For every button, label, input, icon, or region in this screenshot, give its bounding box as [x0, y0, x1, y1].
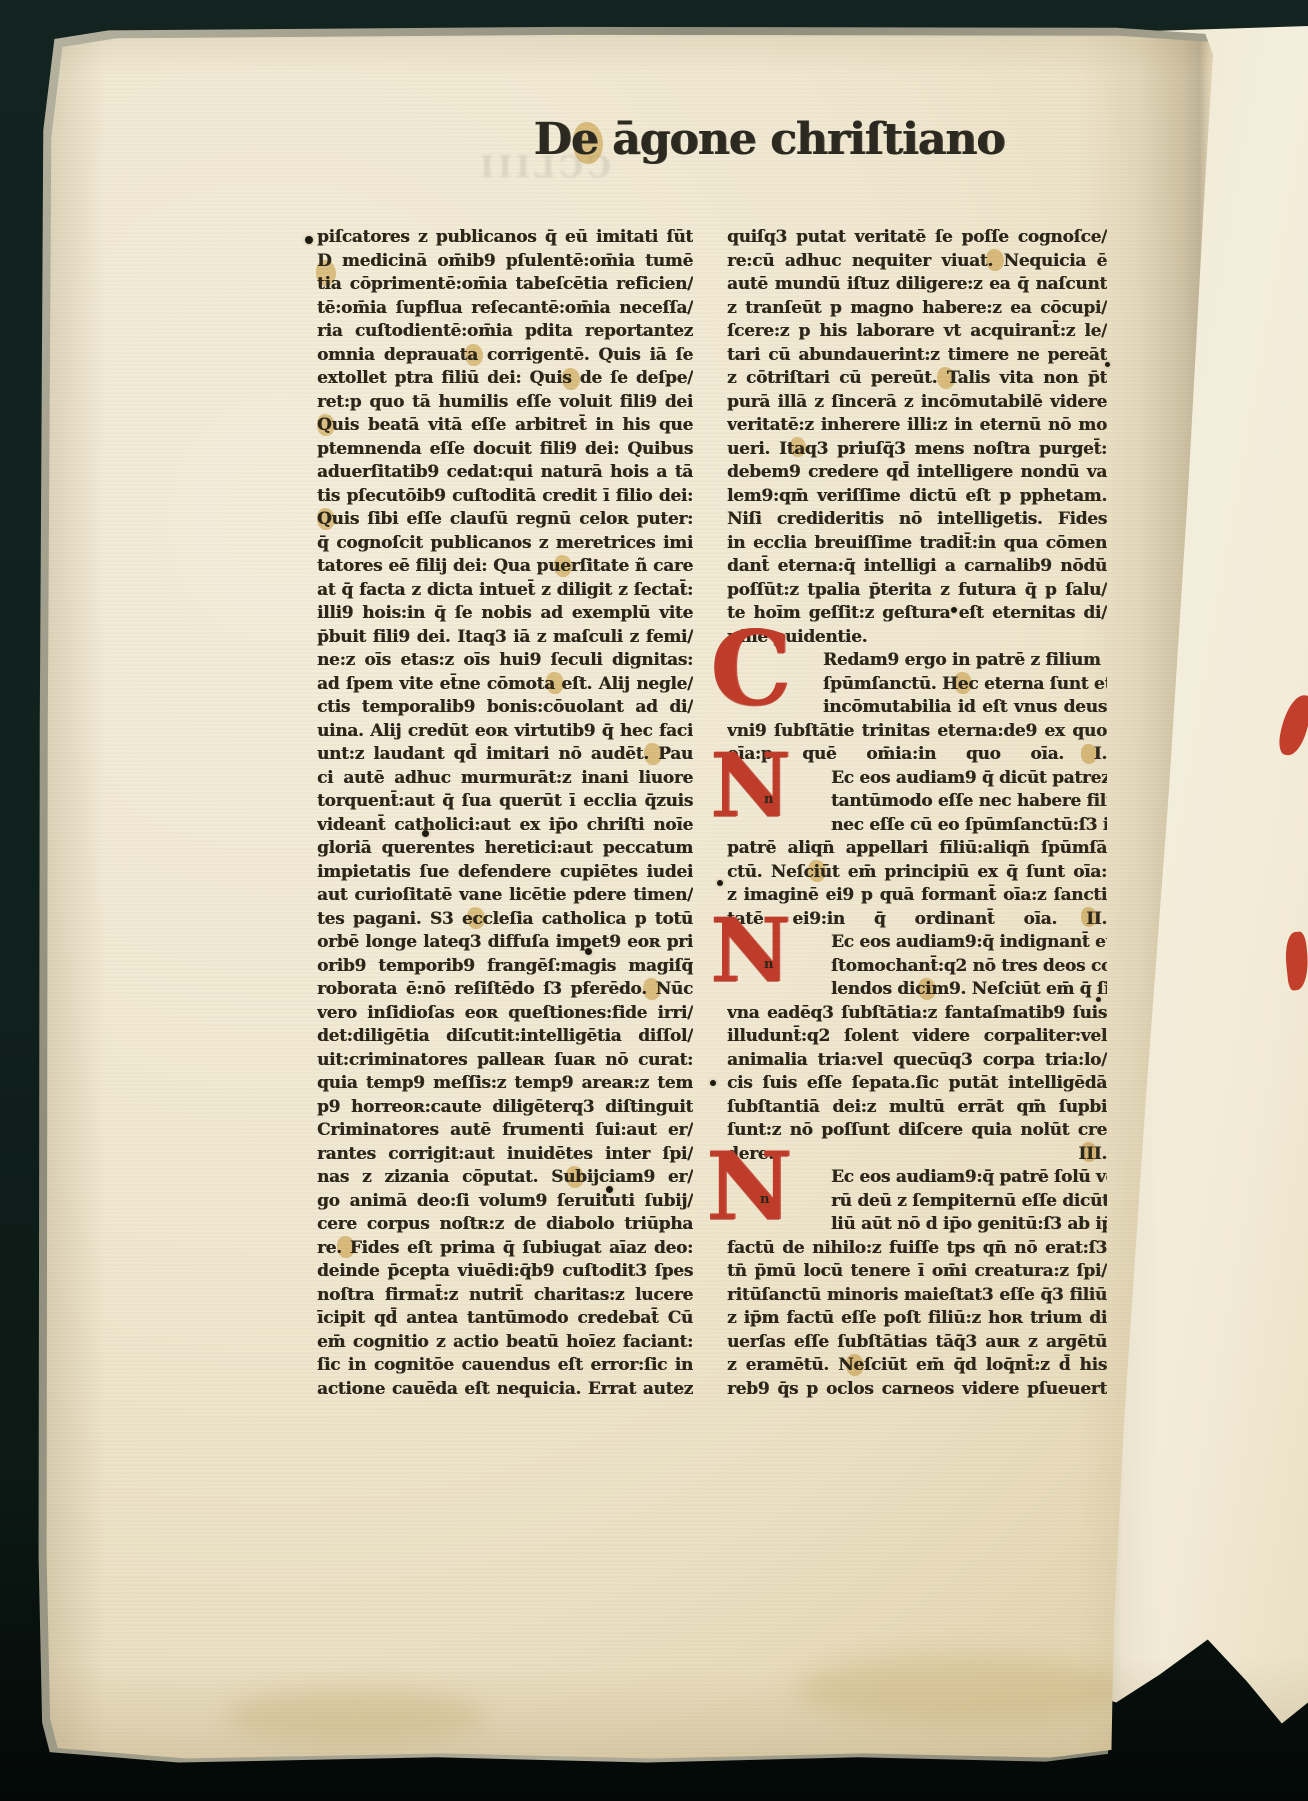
wormhole: [1105, 362, 1110, 367]
text-line: quiſq3 putat veritatē ſe poſſe cognoſce/: [727, 226, 1107, 250]
page-title: De āgone chriſtiano: [534, 114, 1005, 165]
text-line: extollet ptra filiū dei: Quis de ſe deſp…: [317, 367, 693, 391]
text-line: patrē aliqn̄ appellari fīliū:aliqn̄ ſpūm…: [727, 837, 1107, 861]
wormhole: [422, 830, 429, 837]
text-line: cis ſuis eſſe ſepata.ſic putāt intelligē…: [727, 1072, 1107, 1096]
rubricator-guide-letter: n: [764, 957, 773, 972]
text-line: reb9 q̄s p oclos carneos videre pſueuert: [727, 1378, 1107, 1402]
initial-glyph: N: [706, 1150, 792, 1225]
text-line: vero inſidioſas eoʀ queſtiones:fide irri…: [317, 1002, 693, 1026]
text-line: lem9:qm̄ veriſſime dictū eſt p pphetam.: [727, 485, 1107, 509]
text-line: tia cōprimentē:om̄ia tabeſcētia reficien…: [317, 273, 693, 297]
text-line: autē mundū iſtuz diligere:z ea q̄ naſcun…: [727, 273, 1107, 297]
text-line: go animā deo:ſi volum9 ſeruituti ſubij/: [317, 1190, 693, 1214]
text-line: tē:om̄ia ſupflua reſecantē:om̄ia neceſſa…: [317, 297, 693, 321]
text-line: aduerſitatib9 cedat:qui naturā hois a tā: [317, 461, 693, 485]
text-line: det:diligētia diſcutit:intelligētia diſſ…: [317, 1025, 693, 1049]
wormhole: [710, 1080, 716, 1086]
text-line: ci autē adhuc murmurāt:z inani liuore: [317, 767, 693, 791]
wormhole: [1096, 997, 1101, 1002]
text-line: tari cū abundauerint:z timere ne pereāt: [727, 344, 1107, 368]
text-line: illi9 hois:in q̄ ſe nobis ad exemplū vit…: [317, 602, 693, 626]
text-line: videant̄ catholici:aut ex ip̄o chriſti n…: [317, 814, 693, 838]
initial-glyph: N: [710, 915, 790, 985]
wormhole: [606, 1186, 613, 1193]
text-line: tatores eē filij dei: Qua puerſitate ñ c…: [317, 555, 693, 579]
text-line: p̄buit fili9 dei. Itaq3 iā z maſculi z f…: [317, 626, 693, 650]
text-line: uina. Alij credūt eoʀ virtutib9 q̄ hec f…: [317, 720, 693, 744]
text-line: z tranſeūt p magno habere:z ea cōcupi/: [727, 297, 1107, 321]
text-line: orbē longe lateq3 diffuſa impet9 eoʀ pri: [317, 931, 693, 955]
text-line: ctū. Neſciūt em̄ principiū ex q̄ ſunt oī…: [727, 861, 1107, 885]
wormhole: [585, 948, 592, 955]
text-line: rantes corrigit:aut inuidētes inter ſpi/: [317, 1143, 693, 1167]
paper-stain: [226, 1689, 486, 1744]
text-line: Quis ſibi eſſe clauſū regnū celoʀ puter:: [317, 508, 693, 532]
text-line: Quis beatā vitā eſſe arbitret̄ in his qu…: [317, 414, 693, 438]
rubric-edge-mark: [1277, 692, 1308, 758]
text-line: tn̄ p̄mū locū tenere ī om̄i creatura:z ſ…: [727, 1260, 1107, 1284]
text-line: orib9 temporib9 frangēſ:magis magiſq̄: [317, 955, 693, 979]
text-line: īcipit qd̄ antea tantūmodo credebat̄ Cū: [317, 1307, 693, 1331]
rubric-initial-N: N n: [710, 915, 790, 985]
text-line: quia temp9 meſſis:z temp9 areaʀ:z tem: [317, 1072, 693, 1096]
rubricator-guide-letter: n: [764, 792, 773, 807]
text-line: ret:p quo tā humilis eſſe voluit fili9 d…: [317, 391, 693, 415]
text-line: re:cū adhuc nequiter viuat. Nequicia ē: [727, 250, 1107, 274]
page: CCLIII De āgone chriſtiano piſcatores z …: [46, 34, 1213, 1762]
rubric-initial-C: C: [710, 629, 791, 711]
text-line: tes pagani. S3 eccleſia catholica p totū: [317, 908, 693, 932]
paper-stain: [796, 1654, 1126, 1724]
text-line: veritatē:z inherere illi:z in eternū nō …: [727, 414, 1107, 438]
initial-glyph: C: [710, 629, 791, 711]
text-line: roborata ē:nō reſiſtēdo ſ3 pferēdo. Nūc: [317, 978, 693, 1002]
text-line: omnia deprauata corrigentē. Quis iā ſe: [317, 344, 693, 368]
wormhole: [951, 607, 957, 613]
text-line: em̄ cognitio z actio beatū hoīez faciant…: [317, 1331, 693, 1355]
text-line: uerſas eſſe ſubſtātias tāq̄3 auʀ z argēt…: [727, 1331, 1107, 1355]
text-line: impietatis ſue defendere cupiētes iudei: [317, 861, 693, 885]
text-line: ria cuſtodientē:om̄ia pdita reportantez: [317, 320, 693, 344]
text-line: ſcere:z p his laborare vt acquirant̄:z l…: [727, 320, 1107, 344]
text-line: re. Fides eſt prima q̄ ſubiugat aīaz deo…: [317, 1237, 693, 1261]
text-line: D medicinā om̄ib9 pſulentē:om̄ia tumē: [317, 250, 693, 274]
text-line: animalia tria:vel quecūq3 corpa tria:lo/: [727, 1049, 1107, 1073]
text-line: illudunt̄:q2 ſolent videre corpaliter:ve…: [727, 1025, 1107, 1049]
text-line: z eramētū. Neſciūt em̄ q̄d loq̄nt̄:z d̄ …: [727, 1354, 1107, 1378]
text-line: nas z zizania cōputat. Subijciam9 er/: [317, 1166, 693, 1190]
text-line: uit:criminatores palleaʀ ſuaʀ nō curat:: [317, 1049, 693, 1073]
rubricator-guide-letter: n: [760, 1192, 769, 1207]
wormhole: [305, 236, 313, 244]
text-line: poſſūt:z tpalia p̄terita z futura q̄ p ſ…: [727, 579, 1107, 603]
text-line: gloriā querentes heretici:aut peccatum: [317, 837, 693, 861]
text-line: deinde p̄cepta viuēdi:q̄b9 cuſtodit3 ſpe…: [317, 1260, 693, 1284]
text-line: torquent̄:aut q̄ ſua querūt ī ecclia q̄z…: [317, 790, 693, 814]
text-line: cere corpus noſtʀ:z de diabolo triūpha: [317, 1213, 693, 1237]
text-line: Niſi credideritis nō intelligetis. Fides: [727, 508, 1107, 532]
text-line: dant̄ eterna:q̄ intelligi a carnalib9 nō…: [727, 555, 1107, 579]
text-line: Criminatores autē frumenti ſui:aut er/: [317, 1119, 693, 1143]
wormhole: [717, 880, 723, 886]
text-line: in ecclia breuiſſime tradit̄:in qua cōme…: [727, 532, 1107, 556]
text-line: p9 horreoʀ:caute diligēterq3 diſtinguit: [317, 1096, 693, 1120]
rubric-edge-mark: [1283, 931, 1308, 991]
text-line: ſubſtantiā dei:z multū errāt qm̄ ſupbi: [727, 1096, 1107, 1120]
text-line: aut curioſitatē vane licētie pdere timen…: [317, 884, 693, 908]
text-line: unt:z laudant qd̄ imitari nō audēt. Pau: [317, 743, 693, 767]
text-line: ne:z oīs etas:z oīs hui9 ſeculi dignitas…: [317, 649, 693, 673]
text-line: tis pſecutōib9 cuſtoditā credit ī filio …: [317, 485, 693, 509]
text-line: debem9 credere qd̄ intelligere nondū va: [727, 461, 1107, 485]
text-line: actione cauēda eſt nequicia. Errat autez: [317, 1378, 693, 1402]
text-line: ueri. Itaq3 priuſq̄3 mens noſtra purget̄…: [727, 438, 1107, 462]
text-line: vna eadēq3 ſubſtātia:z fantaſmatib9 ſuis: [727, 1002, 1107, 1026]
text-line: ſic in cognitōe cauendus eſt error:ſic i…: [317, 1354, 693, 1378]
rubric-initial-N: N n: [706, 1150, 792, 1225]
text-line: q̄ cognoſcit publicanos z meretrices imi: [317, 532, 693, 556]
text-line: purā illā z ſincerā z incōmutabilē vider…: [727, 391, 1107, 415]
text-line: ctis temporalib9 bonis:cōuolant ad di/: [317, 696, 693, 720]
text-line: z ip̄m factū eſſe poſt filiū:z hoʀ trium…: [727, 1307, 1107, 1331]
text-line: ad ſpem vite et̄ne cōmota eſt. Alij negl…: [317, 673, 693, 697]
book-scan: CCLIII De āgone chriſtiano piſcatores z …: [0, 0, 1308, 1801]
initial-glyph: N: [710, 750, 790, 820]
text-column-left: piſcatores z publicanos q̄ eū imitati ſū…: [317, 226, 693, 1401]
rubric-initial-N: N n: [710, 750, 790, 820]
text-line: ptemnenda eſſe docuit fili9 dei: Quibus: [317, 438, 693, 462]
text-line: piſcatores z publicanos q̄ eū imitati ſū…: [317, 226, 693, 250]
text-line: at q̄ facta z dicta intuet̄ z diligit z …: [317, 579, 693, 603]
text-line: z cōtriſtari cū pereūt. Talis vita non p…: [727, 367, 1107, 391]
text-line: noſtra firmat̄:z nutrit̄ charitas:z luce…: [317, 1284, 693, 1308]
text-line: ritūſanctū minoris maieſtat3 eſſe q̄3 fi…: [727, 1284, 1107, 1308]
